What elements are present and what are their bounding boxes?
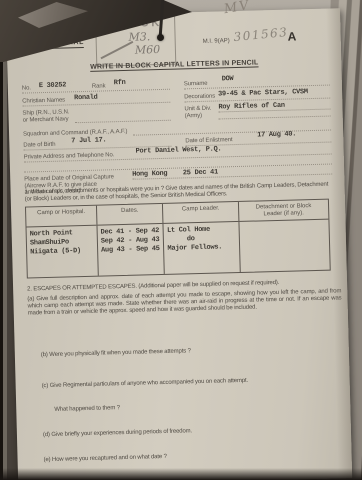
cell-dates: Dec 41 - Sep 42 Sep 42 - Aug 43 Aug 43 -…: [97, 224, 165, 276]
ship-label: Ship (R.N., U.S.N. or Merchant Navy: [22, 109, 69, 123]
dotted-line: [219, 115, 331, 120]
cell-camps: North Point ShamShuiPo Niigata (5-D): [27, 226, 99, 278]
no-value: E 30252: [39, 81, 67, 90]
treasury-tag-fastener: [157, 34, 164, 41]
camps-table-body-row: North Point ShamShuiPo Niigata (5-D) Dec…: [27, 220, 330, 278]
question-2c-followup: What happened to them ?: [54, 402, 254, 414]
photo-bottom-shadow: [0, 468, 362, 480]
camps-table: Camp or Hospital. Dates. Camp Leader. De…: [25, 199, 331, 279]
date-of-birth-value: 7 Jul 17.: [71, 136, 106, 145]
pow-liberation-questionnaire: CONFIDENTIAL BLOCK M3. M60 M.I. 9(AP) 30…: [6, 8, 352, 480]
dotted-line: [133, 129, 331, 136]
enlistment-value: 17 Aug 40.: [257, 130, 296, 139]
header-camp-or-hospital: Camp or Hospital.: [26, 206, 97, 227]
question-2e: (e) How were you recaptured and on what …: [44, 450, 334, 465]
header-camp-leader: Camp Leader.: [163, 202, 239, 223]
document-photo: CONFIDENTIAL BLOCK M3. M60 M.I. 9(AP) 30…: [0, 0, 362, 480]
cell-leaders: Lt Col Home do Major Fellows.: [164, 222, 241, 274]
address-value: Port Daniel West, P.Q.: [135, 145, 221, 155]
cell-detachment: [239, 220, 329, 272]
dotted-line: [75, 119, 171, 124]
handwritten-file-number: 301563.: [233, 24, 294, 44]
rank-value: Rfn: [114, 79, 126, 87]
pencil-slash: [100, 41, 133, 59]
mi9-ref-label: M.I. 9(AP): [203, 38, 230, 45]
question-2b: (b) Were you physically fit when you mad…: [41, 345, 331, 360]
surname-value: DOW: [222, 75, 234, 83]
unit-label: Unit & Div. (Army): [184, 106, 211, 120]
header-detachment-leader: Detachment or Block Leader (if any).: [239, 200, 329, 221]
grade-letter: A: [287, 29, 296, 43]
handwritten-m60: M60: [135, 43, 161, 57]
question-2a: (a) Give full description and approx. da…: [27, 288, 341, 317]
question-2c: (c) Give Regimental particulars of anyon…: [42, 376, 332, 391]
question-2d: (d) Give briefly your experiences during…: [43, 425, 333, 440]
christian-names-value: Ronald: [74, 94, 98, 103]
header-dates: Dates.: [97, 204, 164, 225]
